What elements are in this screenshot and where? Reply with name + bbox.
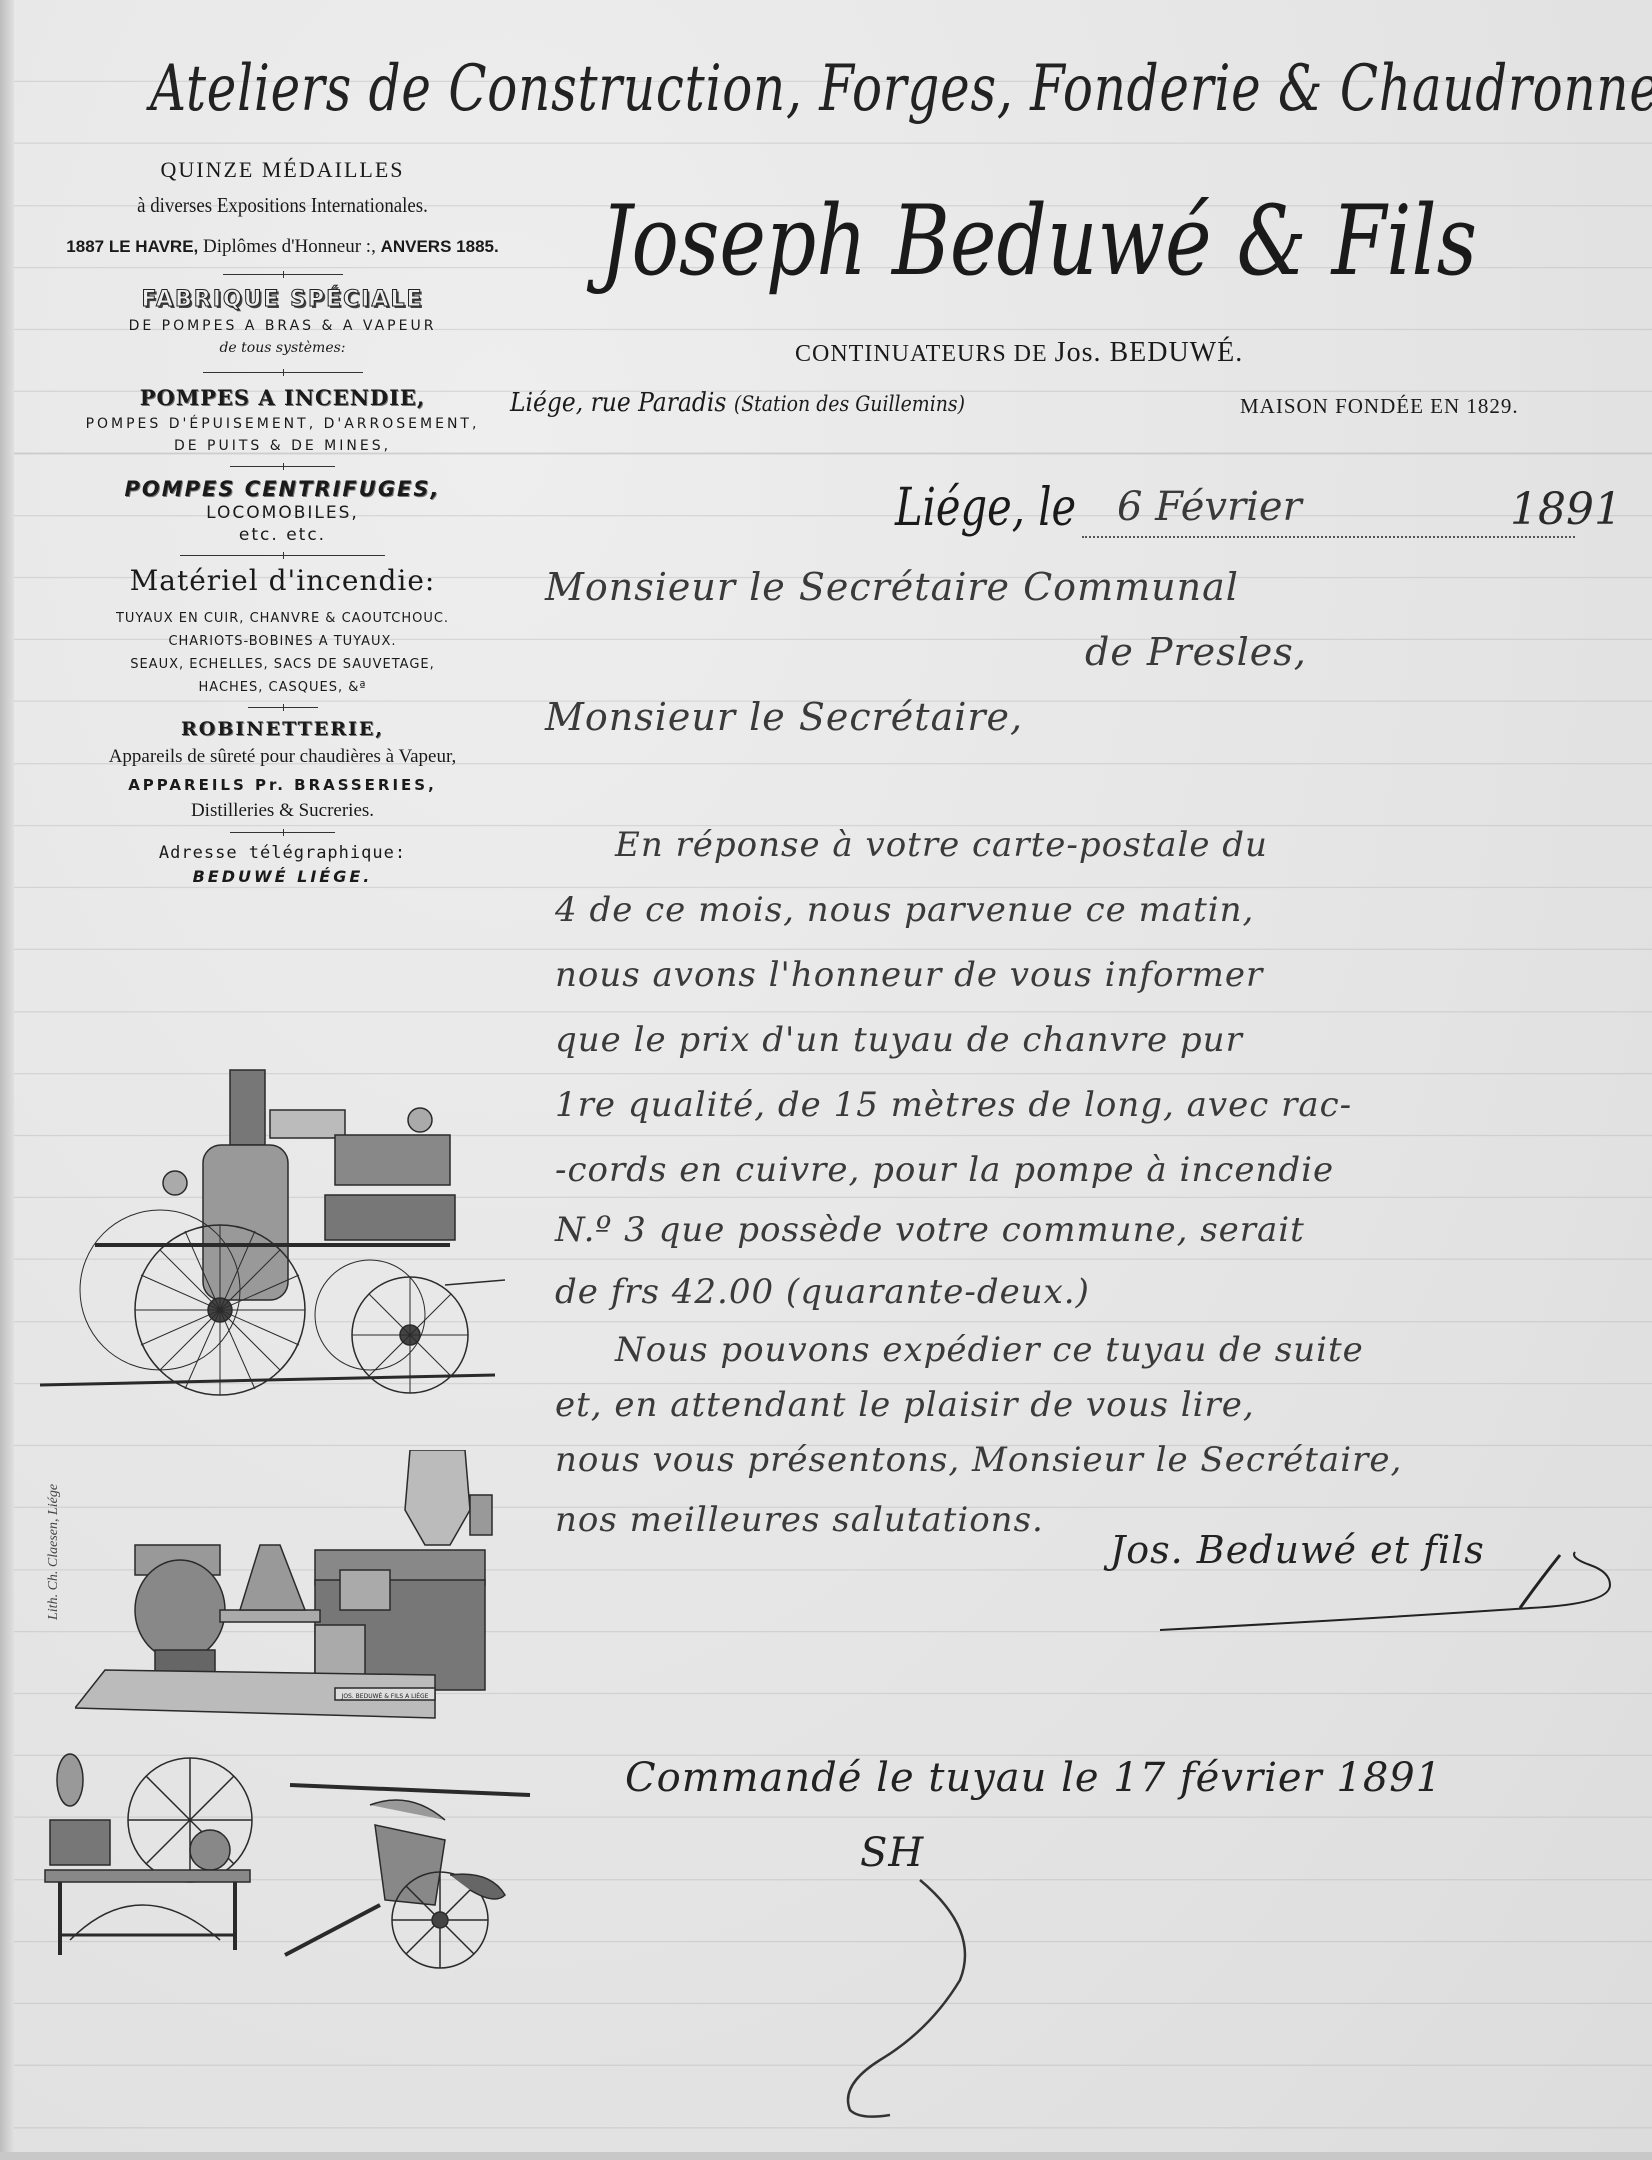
centrifuges-title: POMPES CENTRIFUGES, — [20, 477, 545, 501]
medals-diploma: Diplômes d'Honneur :, — [203, 236, 376, 257]
body-line: nous avons l'honneur de vous informer — [555, 955, 1263, 995]
body-line: et, en attendant le plaisir de vous lire… — [555, 1385, 1255, 1425]
paper-edge-bottom — [0, 2152, 1652, 2160]
incendie-line-1: POMPES D'ÉPUISEMENT, D'ARROSEMENT, — [20, 416, 545, 432]
body-line: de frs 42.00 (quarante-deux.) — [555, 1272, 1090, 1312]
flywheel-pump-illustration — [30, 1740, 260, 1970]
incendie-title: POMPES A INCENDIE, — [20, 385, 545, 410]
letterhead-sidebar: QUINZE MÉDAILLES à diverses Expositions … — [20, 155, 545, 886]
address-street: Liége, rue Paradis — [510, 388, 726, 418]
body-line: 1re qualité, de 15 mètres de long, avec … — [555, 1085, 1352, 1125]
fabrique-title: FABRIQUE SPÉCIALE — [20, 287, 545, 312]
signature-flourish — [1150, 1550, 1620, 1640]
date-day: 6 Février — [1117, 484, 1302, 530]
medals-year-1: 1887 — [66, 237, 104, 256]
initials-flourish — [840, 1870, 1140, 2140]
materiel-title: Matériel d'incendie: — [20, 564, 545, 597]
fabrique-subtitle: DE POMPES A BRAS & A VAPEUR — [20, 318, 545, 334]
founded-line: MAISON FONDÉE EN 1829. — [1240, 394, 1519, 419]
materiel-item: SEAUX, ECHELLES, SACS DE SAUVETAGE, — [20, 657, 545, 672]
body-line: Nous pouvons expédier ce tuyau de suite — [615, 1330, 1364, 1370]
medals-year-2: 1885. — [456, 237, 499, 256]
ornamental-divider — [180, 555, 385, 556]
date-line: Liége, le 6 Février 1891 — [895, 478, 1575, 538]
body-line: N.º 3 que possède votre commune, serait — [555, 1210, 1305, 1250]
telegraph-label: Adresse télégraphique: — [20, 843, 545, 863]
body-line: -cords en cuivre, pour la pompe à incend… — [555, 1150, 1334, 1190]
robinetterie-line-1: Appareils de sûreté pour chaudières à Va… — [20, 746, 545, 768]
ornamental-divider — [248, 707, 318, 708]
body-line: 4 de ce mois, nous parvenue ce matin, — [555, 890, 1254, 930]
order-annotation: Commandé le tuyau le 17 février 1891 — [625, 1755, 1442, 1801]
medals-awards-line: 1887 LE HAVRE, Diplômes d'Honneur :, ANV… — [20, 236, 545, 258]
materiel-item: CHARIOTS-BOBINES A TUYAUX. — [20, 634, 545, 649]
date-place: Liége, le — [895, 478, 1076, 538]
address-station: (Station des Guillemins) — [734, 392, 965, 416]
body-line: nos meilleures salutations. — [555, 1500, 1044, 1540]
date-year: 1891 — [1510, 484, 1622, 535]
ornamental-divider — [230, 832, 335, 833]
incendie-line-2: DE PUITS & DE MINES, — [20, 438, 545, 454]
letter-page: Ateliers de Construction, Forges, Fonder… — [0, 0, 1652, 2160]
centrifuges-line-2: etc. etc. — [20, 525, 545, 545]
medals-title: QUINZE MÉDAILLES — [20, 157, 545, 183]
recipient-line-1: Monsieur le Secrétaire Communal — [545, 565, 1239, 609]
robinetterie-line-3: Distilleries & Sucreries. — [20, 800, 545, 822]
medals-city-1: LE HAVRE, — [109, 237, 198, 256]
telegraph-address: BEDUWÉ LIÉGE. — [20, 867, 545, 886]
recipient-line-2: de Presles, — [1085, 630, 1307, 674]
lithographer-imprint: Lith. Ch. Claesen, Liége — [46, 1484, 62, 1620]
pump-maker-plate: JOS. BEDUWÉ & FILS A LIÉGE — [341, 1692, 429, 1700]
continuateurs-prefix: CONTINUATEURS DE — [795, 341, 1048, 367]
steam-fire-engine-illustration — [35, 1045, 535, 1405]
continuateurs-line: CONTINUATEURS DE Jos. BEDUWÉ. — [795, 337, 1243, 369]
centrifugal-pump-illustration: JOS. BEDUWÉ & FILS A LIÉGE — [75, 1450, 525, 1720]
materiel-item: TUYAUX EN CUIR, CHANVRE & CAOUTCHOUC. — [20, 611, 545, 626]
robinetterie-title: ROBINETTERIE, — [20, 718, 545, 740]
medals-subtitle: à diverses Expositions Internationales. — [46, 193, 519, 218]
ornamental-divider — [223, 274, 343, 275]
body-line: que le prix d'un tuyau de chanvre pur — [555, 1020, 1243, 1060]
company-name: Joseph Beduwé & Fils — [600, 185, 1477, 297]
body-line: En réponse à votre carte-postale du — [615, 825, 1268, 865]
medals-city-2: ANVERS — [381, 237, 452, 256]
ornamental-divider — [203, 372, 363, 373]
paper-edge-left — [0, 0, 14, 2160]
letterhead-banner: Ateliers de Construction, Forges, Fonder… — [150, 52, 1281, 126]
body-line: nous vous présentons, Monsieur le Secrét… — [555, 1440, 1402, 1480]
robinetterie-line-2: APPAREILS Pr. BRASSERIES, — [20, 776, 545, 794]
ornamental-divider — [230, 466, 335, 467]
centrifuges-line-1: LOCOMOBILES, — [20, 503, 545, 523]
continuateurs-name: Jos. BEDUWÉ. — [1055, 337, 1244, 368]
hand-cart-pump-illustration — [280, 1765, 540, 1975]
fabrique-note: de tous systèmes: — [20, 340, 545, 356]
company-address: Liége, rue Paradis (Station des Guillemi… — [510, 388, 965, 418]
date-dotted-rule — [1082, 536, 1575, 538]
salutation: Monsieur le Secrétaire, — [545, 695, 1023, 739]
materiel-item: HACHES, CASQUES, &ª — [20, 680, 545, 695]
